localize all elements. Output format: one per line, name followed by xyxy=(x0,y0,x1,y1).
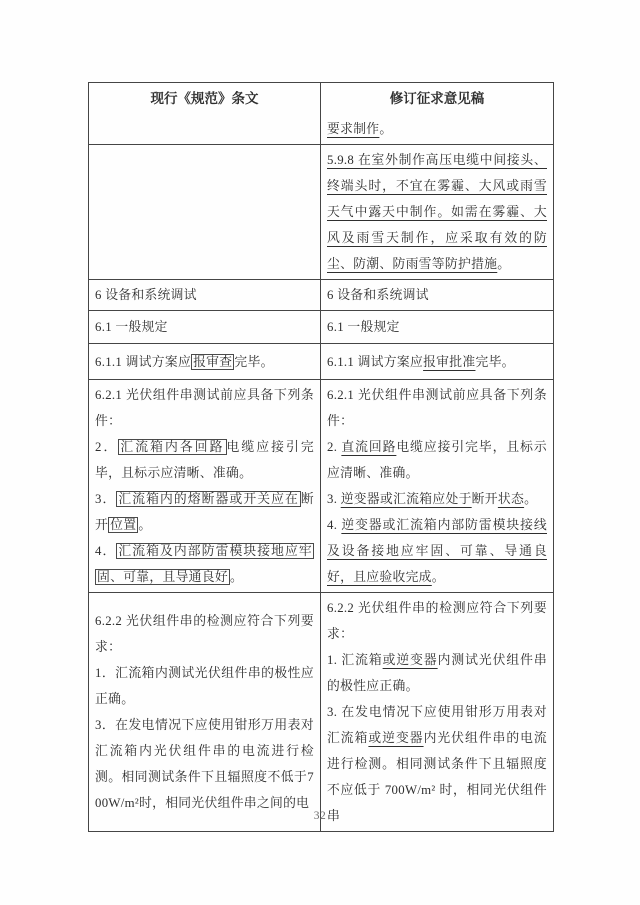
cell-left xyxy=(89,145,320,279)
row-6-1-1: 6.1.1 调试方案应报审查完毕。6.1.1 调试方案应报审批准完毕。 xyxy=(89,343,553,379)
cell-left: 6 设备和系统调试 xyxy=(89,280,320,310)
paragraph: 2．汇流箱内各回路电缆应接引完毕，且标示应清晰、准确。 xyxy=(95,434,314,486)
header-cell-revision-draft: 修订征求意见稿 xyxy=(320,83,553,114)
cell-left: 6.2.2 光伏组件串的检测应符合下列要求：1．汇流箱内测试光伏组件串的极性应正… xyxy=(89,593,320,831)
paragraph: 3．在发电情况下应使用钳形万用表对汇流箱内光伏组件串的电流进行检测。相同测试条件… xyxy=(95,712,314,816)
paragraph: 6.2.2 光伏组件串的检测应符合下列要求： xyxy=(95,608,314,660)
text-run: 完毕。 xyxy=(475,355,514,369)
paragraph: 6.2.2 光伏组件串的检测应符合下列要求： xyxy=(327,595,547,647)
deleted-text: 汇流箱内各回路 xyxy=(118,439,226,455)
cell-right: 6.2.2 光伏组件串的检测应符合下列要求：1. 汇流箱或逆变器内测试光伏组件串… xyxy=(320,593,553,831)
deleted-text: 报审查 xyxy=(191,354,234,370)
header-cell-current-spec: 现行《规范》条文 xyxy=(89,83,320,114)
table-header-row: 现行《规范》条文 修订征求意见稿 xyxy=(89,83,553,114)
cell-right: 6.2.1 光伏组件串测试前应具备下列条件：2. 直流回路电缆应接引完毕，且标示… xyxy=(320,380,553,592)
text-run: 1. 汇流箱 xyxy=(327,653,383,667)
row-6-2-2: 6.2.2 光伏组件串的检测应符合下列要求：1．汇流箱内测试光伏组件串的极性应正… xyxy=(89,592,553,831)
text-run: 6.2.2 光伏组件串的检测应符合下列要求： xyxy=(95,614,314,654)
cell-left xyxy=(89,114,320,144)
inserted-text: 或逆变器 xyxy=(368,731,423,745)
text-run: 。 xyxy=(524,492,537,506)
paragraph: 6 设备和系统调试 xyxy=(95,282,314,308)
paragraph: 6 设备和系统调试 xyxy=(327,282,547,308)
inserted-text: 5.9.8 在室外制作高压电缆中间接头、终端头时，不宜在雾霾、大风或雨雪天气中露… xyxy=(327,153,547,271)
row-5-9-8: 5.9.8 在室外制作高压电缆中间接头、终端头时，不宜在雾霾、大风或雨雪天气中露… xyxy=(89,144,553,279)
cell-right: 要求制作。 xyxy=(320,114,553,144)
inserted-text: 直流回路 xyxy=(341,440,396,454)
cell-right: 6 设备和系统调试 xyxy=(320,280,553,310)
text-run: 。 xyxy=(432,570,445,584)
cell-right: 6.1.1 调试方案应报审批准完毕。 xyxy=(320,344,553,379)
paragraph: 6.2.1 光伏组件串测试前应具备下列条件： xyxy=(95,382,314,434)
text-run: 4． xyxy=(95,544,116,558)
document-page: 现行《规范》条文 修订征求意见稿 要求制作。5.9.8 在室外制作高压电缆中间接… xyxy=(0,0,640,905)
text-run: 3． xyxy=(95,492,116,506)
row-6-1: 6.1 一般规定6.1 一般规定 xyxy=(89,310,553,343)
text-run: 6.2.2 光伏组件串的检测应符合下列要求： xyxy=(327,601,547,641)
inserted-text: 或逆变器 xyxy=(383,653,438,667)
row-6-2-1: 6.2.1 光伏组件串测试前应具备下列条件：2．汇流箱内各回路电缆应接引完毕，且… xyxy=(89,379,553,592)
deleted-text: 汇流箱内的熔断器或开关应在 xyxy=(116,491,301,507)
paragraph: 6.1 一般规定 xyxy=(327,314,547,340)
text-run: 6.1 一般规定 xyxy=(327,320,400,334)
cell-right: 5.9.8 在室外制作高压电缆中间接头、终端头时，不宜在雾霾、大风或雨雪天气中露… xyxy=(320,145,553,279)
cell-left: 6.2.1 光伏组件串测试前应具备下列条件：2．汇流箱内各回路电缆应接引完毕，且… xyxy=(89,380,320,592)
row-5-9-7-continued: 要求制作。 xyxy=(89,114,553,144)
cell-left: 6.1.1 调试方案应报审查完毕。 xyxy=(89,344,320,379)
text-run: 6.1.1 调试方案应 xyxy=(327,355,423,369)
text-run: 6.1 一般规定 xyxy=(95,320,168,334)
paragraph: 2. 直流回路电缆应接引完毕，且标示应清晰、准确。 xyxy=(327,434,547,486)
text-run: 6 设备和系统调试 xyxy=(327,288,429,302)
paragraph: 6.1 一般规定 xyxy=(95,314,314,340)
text-run: 2. xyxy=(327,440,341,454)
page-number: 32 xyxy=(0,810,640,822)
paragraph: 5.9.8 在室外制作高压电缆中间接头、终端头时，不宜在雾霾、大风或雨雪天气中露… xyxy=(327,147,547,277)
text-run: 完毕。 xyxy=(234,355,273,369)
paragraph: 1. 汇流箱或逆变器内测试光伏组件串的极性应正确。 xyxy=(327,647,547,699)
inserted-text: 要求制作 xyxy=(327,122,379,136)
text-run: 。 xyxy=(230,570,243,584)
paragraph: 6.1.1 调试方案应报审批准完毕。 xyxy=(327,349,547,375)
paragraph: 3. 逆变器或汇流箱应处于断开状态。 xyxy=(327,486,547,512)
text-run: 6.2.1 光伏组件串测试前应具备下列条件： xyxy=(327,388,547,428)
text-run: 6.1.1 调试方案应 xyxy=(95,355,191,369)
text-run: 1．汇流箱内测试光伏组件串的极性应正确。 xyxy=(95,666,314,706)
text-run: 。 xyxy=(138,518,151,532)
paragraph: 4．汇流箱及内部防雷模块接地应牢固、可靠，且导通良好。 xyxy=(95,538,314,590)
paragraph: 要求制作。 xyxy=(327,116,547,142)
paragraph: 6.1.1 调试方案应报审查完毕。 xyxy=(95,349,314,375)
paragraph: 6.2.1 光伏组件串测试前应具备下列条件： xyxy=(327,382,547,434)
row-6: 6 设备和系统调试6 设备和系统调试 xyxy=(89,279,553,310)
text-run: 断开 xyxy=(472,492,498,506)
cell-left: 6.1 一般规定 xyxy=(89,311,320,343)
inserted-text: 状态 xyxy=(498,492,524,506)
paragraph: 3．汇流箱内的熔断器或开关应在断开位置。 xyxy=(95,486,314,538)
text-run: 4. xyxy=(327,518,341,532)
paragraph: 4. 逆变器或汇流箱内部防雷模块接线及设备接地应牢固、可靠、导通良好，且应验收完… xyxy=(327,512,547,590)
inserted-text: 报审批准 xyxy=(423,355,475,369)
deleted-text: 位置 xyxy=(108,517,138,533)
paragraph: 1．汇流箱内测试光伏组件串的极性应正确。 xyxy=(95,660,314,712)
text-run: 6 设备和系统调试 xyxy=(95,288,197,302)
text-run: 3．在发电情况下应使用钳形万用表对汇流箱内光伏组件串的电流进行检测。相同测试条件… xyxy=(95,718,314,810)
text-run: 3. xyxy=(327,492,341,506)
text-run: 。 xyxy=(379,122,392,136)
text-run: 。 xyxy=(497,257,510,271)
deleted-text: 汇流箱及内部防雷模块接地应牢固、可靠，且导通良好 xyxy=(95,543,314,585)
text-run: 2． xyxy=(95,440,118,454)
text-run: 6.2.1 光伏组件串测试前应具备下列条件： xyxy=(95,388,314,428)
cell-right: 6.1 一般规定 xyxy=(320,311,553,343)
comparison-table: 现行《规范》条文 修订征求意见稿 要求制作。5.9.8 在室外制作高压电缆中间接… xyxy=(88,82,554,832)
inserted-text: 逆变器或汇流箱应处于 xyxy=(341,492,472,506)
